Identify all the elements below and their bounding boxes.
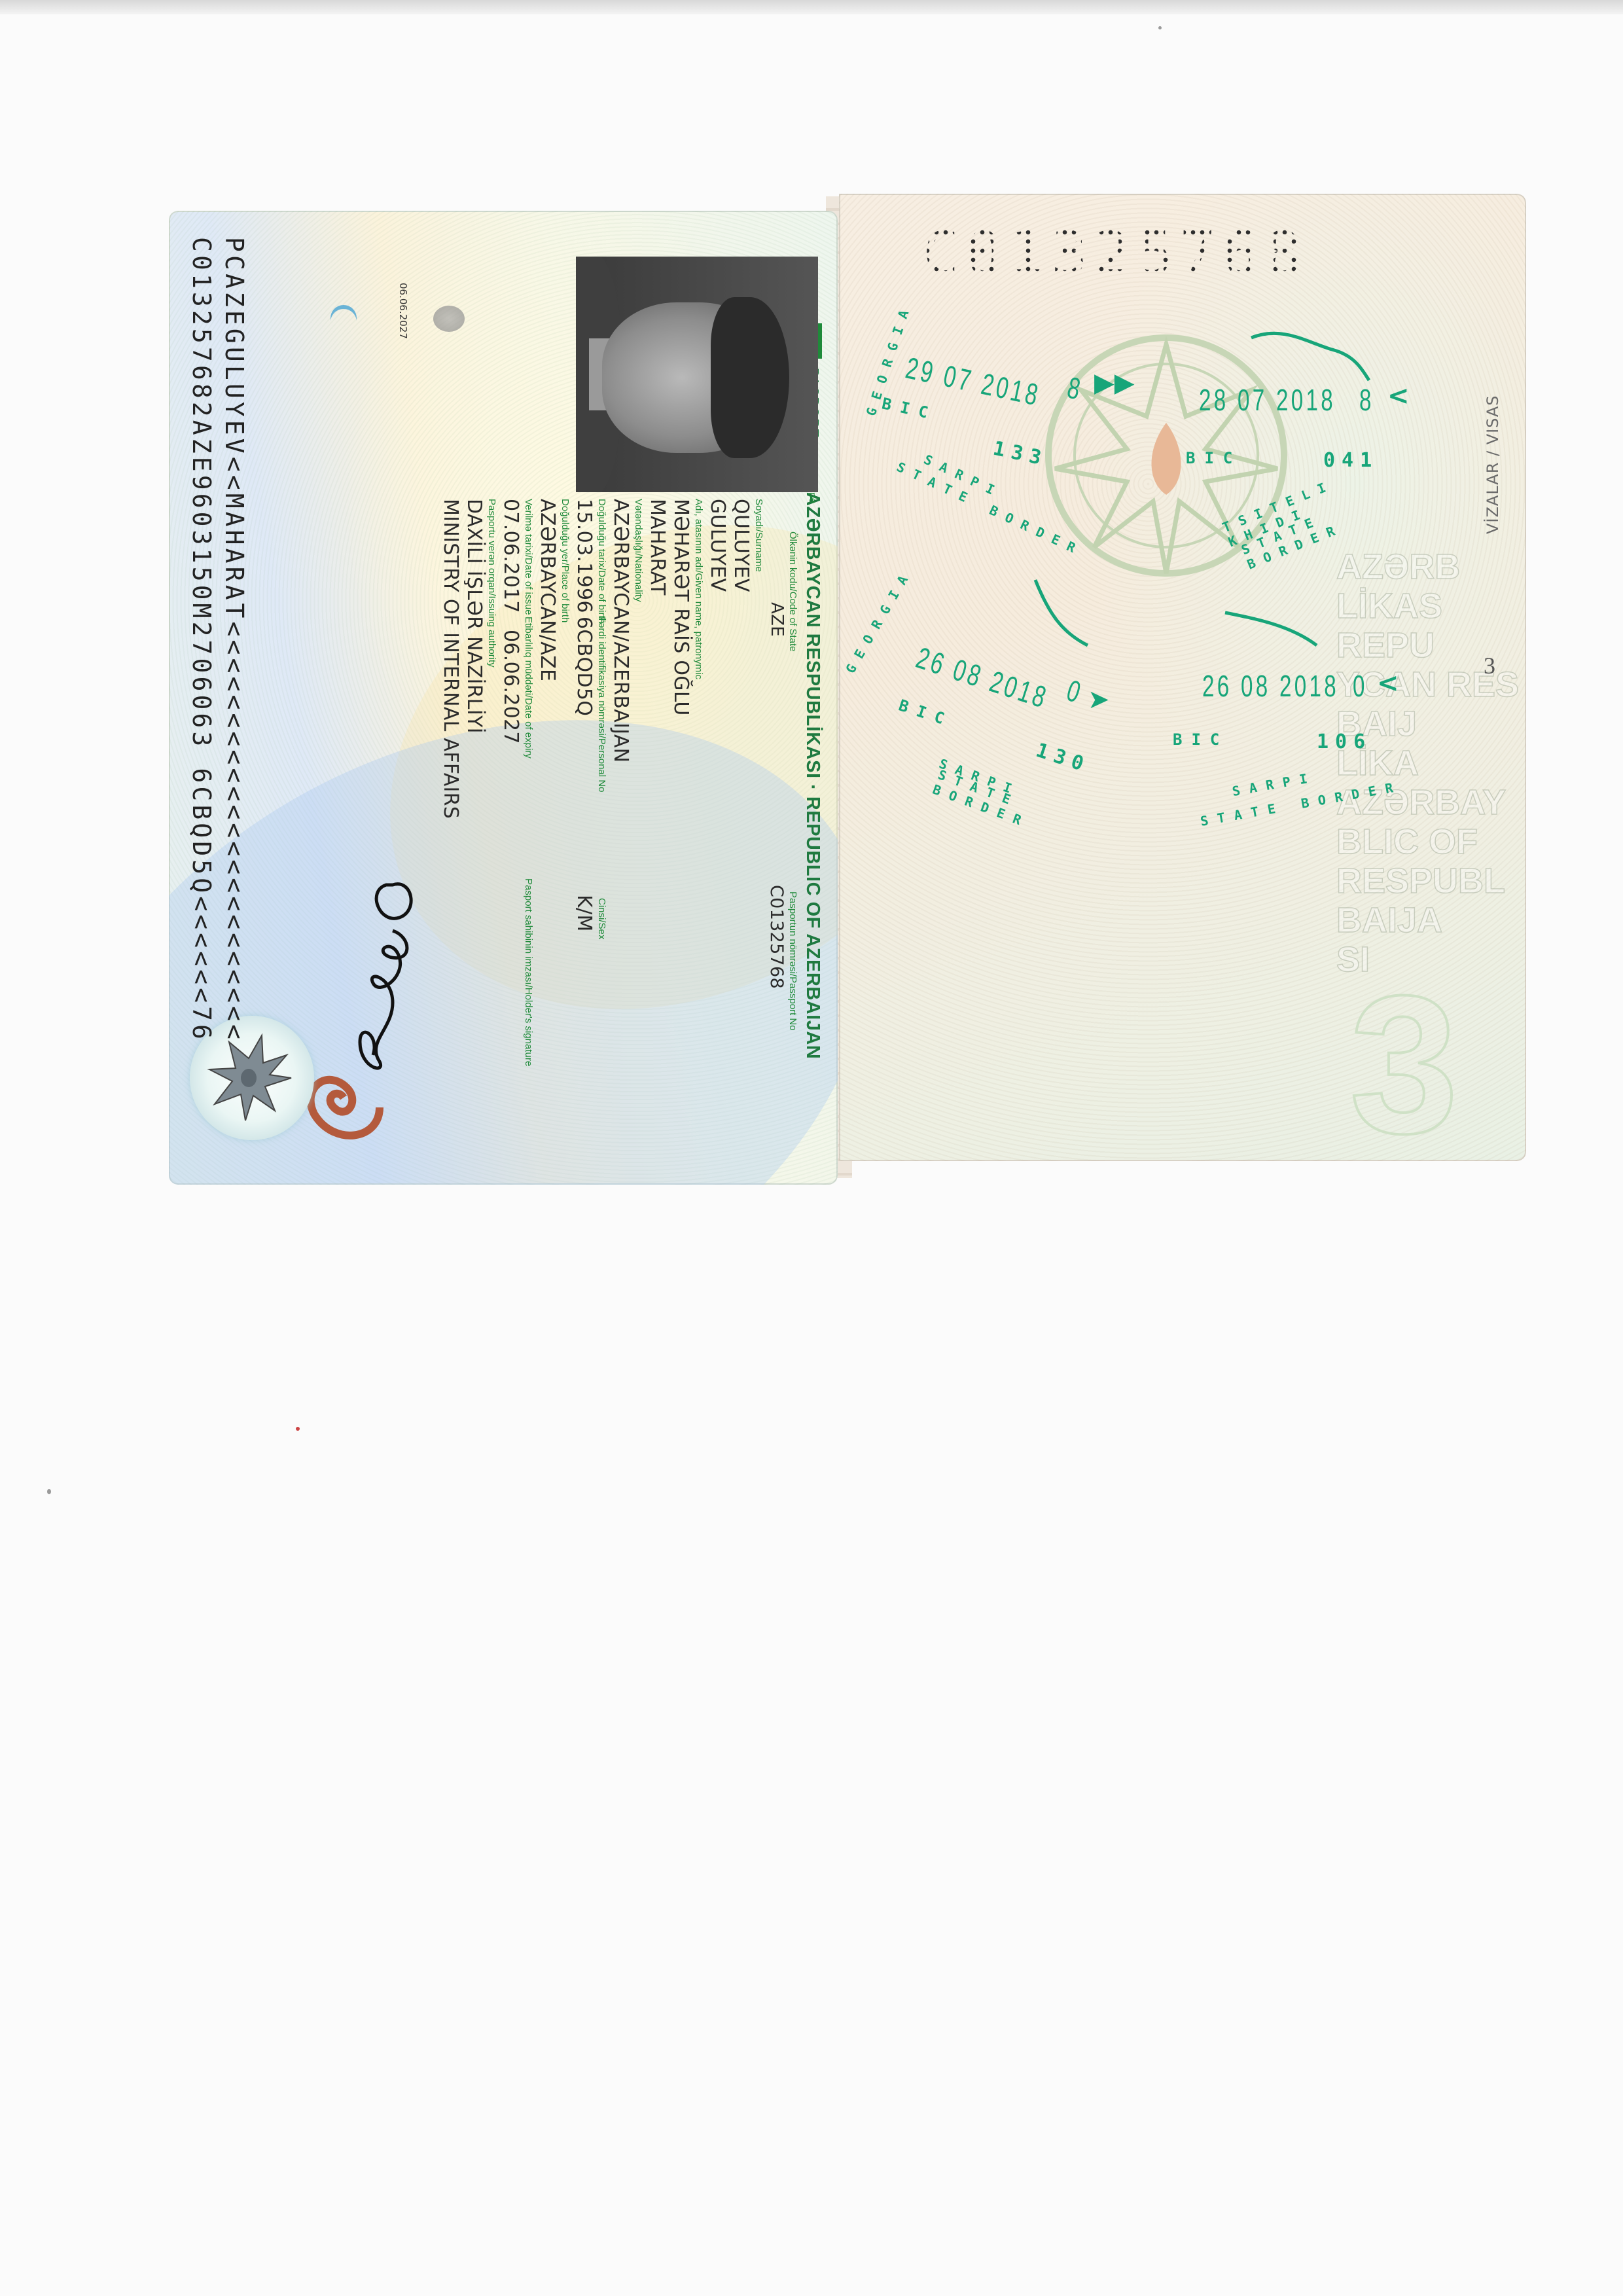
entry-exit-stamp: 26 08 2018 0 ➤ BIC 130 SARPI STATE BORDE… xyxy=(891,573,1107,789)
sex-label: Cinsi/Sex xyxy=(596,898,607,939)
personal-no-label: Fərdi identifikasiya nömrəsi/Personal No xyxy=(596,617,607,792)
entry-exit-stamp: 26 08 2018 0 < BIC 106 SARPI STATE BORDE… xyxy=(1205,606,1421,822)
date-of-birth-value: 15.03.1996 xyxy=(573,499,596,613)
passport-visa-page: AZƏRB LİKAS REPU YCAN RES BAIJ LİKA AZƏR… xyxy=(839,194,1526,1161)
issuing-authority-value-en: MINISTRY OF INTERNAL AFFAIRS xyxy=(439,499,462,819)
page-number-watermark: 3 xyxy=(1349,966,1459,1161)
code-of-state-value: AZE xyxy=(767,602,787,637)
passport-no-value: C01325768 xyxy=(766,885,787,989)
country-header: AZƏRBAYCAN RESPUBLİKASI · REPUBLIC OF AZ… xyxy=(802,492,823,1059)
entry-exit-stamp: 28 07 2018 8 < BIC 041 TSITELI KHIDI STA… xyxy=(1205,285,1421,501)
given-name-label: Adı, atasının adı/Given name, patronymic xyxy=(693,499,704,679)
ghost-image-date: 06.06.2027 xyxy=(397,283,409,339)
page-number: 3 xyxy=(1484,652,1495,679)
mrz-line-1: PCAZEGULUYEV<<MAHARAT<<<<<<<<<<<<<<<<<<<… xyxy=(220,237,249,1043)
entry-arrow-icon: < xyxy=(1377,668,1399,698)
sex-value: K/M xyxy=(573,895,596,932)
passport-data-page: AZƏRBAYCAN RESPUBLİKASI · REPUBLIC OF AZ… xyxy=(169,211,838,1185)
surname-label: Soyadı/Surname xyxy=(753,499,764,572)
stamp-bic: BIC xyxy=(1186,449,1241,467)
scan-speck xyxy=(1158,26,1162,29)
given-name-value-en: MAHARAT xyxy=(646,499,669,596)
stamp-mark: 8 xyxy=(1359,382,1374,418)
signature-label: Pasport sahibinin imzası/Holder's signat… xyxy=(523,878,534,1066)
date-of-expiry-value: 06.06.2027 xyxy=(499,630,522,744)
stamp-mark: 0 xyxy=(1353,668,1368,704)
scan-speck xyxy=(47,1489,51,1494)
date-of-issue-value: 07.06.2017 xyxy=(499,499,522,613)
exit-arrow-icon: ➤ xyxy=(1088,685,1110,715)
stamp-date: 28 07 2018 xyxy=(1199,382,1336,418)
crescent-star-icon xyxy=(330,309,357,335)
date-of-birth-label: Doğulduğu tarix/Date of birth xyxy=(596,499,607,624)
date-of-expiry-label: Etibarlılıq müddəti/Date of expiry xyxy=(523,617,534,759)
entry-exit-stamp: 29 07 2018 8 ▶▶ BIC 133 SARPI STATE BORD… xyxy=(895,253,1111,469)
stamp-bic: BIC xyxy=(1173,730,1228,749)
surname-value-az: QULUYEV xyxy=(730,499,753,592)
holder-signature xyxy=(327,872,419,1081)
surname-value-en: GULUYEV xyxy=(706,499,729,592)
scan-top-edge xyxy=(0,0,1623,14)
visas-section-label: VİZALAR / VISAS xyxy=(1484,395,1502,534)
scan-speck xyxy=(296,1427,300,1431)
nationality-value: AZƏRBAYCAN/AZERBAIJAN xyxy=(609,499,632,762)
nationality-label: Vətəndaşlığı/Nationality xyxy=(633,499,644,602)
given-name-value-az: MƏHARƏT RAİS OĞLU xyxy=(669,499,692,716)
mrz-line-2: C013257682AZE9603150M2706063 6CBQD5Q<<<<… xyxy=(187,237,216,1043)
place-of-birth-label: Doğulduğu yer/Place of birth xyxy=(560,499,571,622)
issuing-authority-label: Pasportu verən orqan/Issuing authority xyxy=(486,499,497,668)
code-of-state-label: Ölkənin kodu/Code of State xyxy=(787,531,798,651)
holder-photo xyxy=(576,257,818,492)
place-of-birth-value: AZƏRBAYCAN/AZE xyxy=(536,499,559,681)
entry-arrow-icon: < xyxy=(1387,381,1410,411)
stamp-code: 106 xyxy=(1317,730,1372,753)
passport-no-label: Pasportun nömrəsi/Passport No xyxy=(787,891,798,1031)
issuing-authority-value-az: DAXİLİ İŞLƏR NAZİRLİYİ xyxy=(463,499,486,734)
date-of-issue-label: Verilmə tarixi/Date of issue xyxy=(523,499,534,615)
personal-no-value: 6CBQD5Q xyxy=(573,617,596,716)
ghost-image xyxy=(433,306,465,332)
stamp-date: 26 08 2018 xyxy=(1202,668,1339,704)
exit-arrow-icon: ▶▶ xyxy=(1094,368,1135,398)
